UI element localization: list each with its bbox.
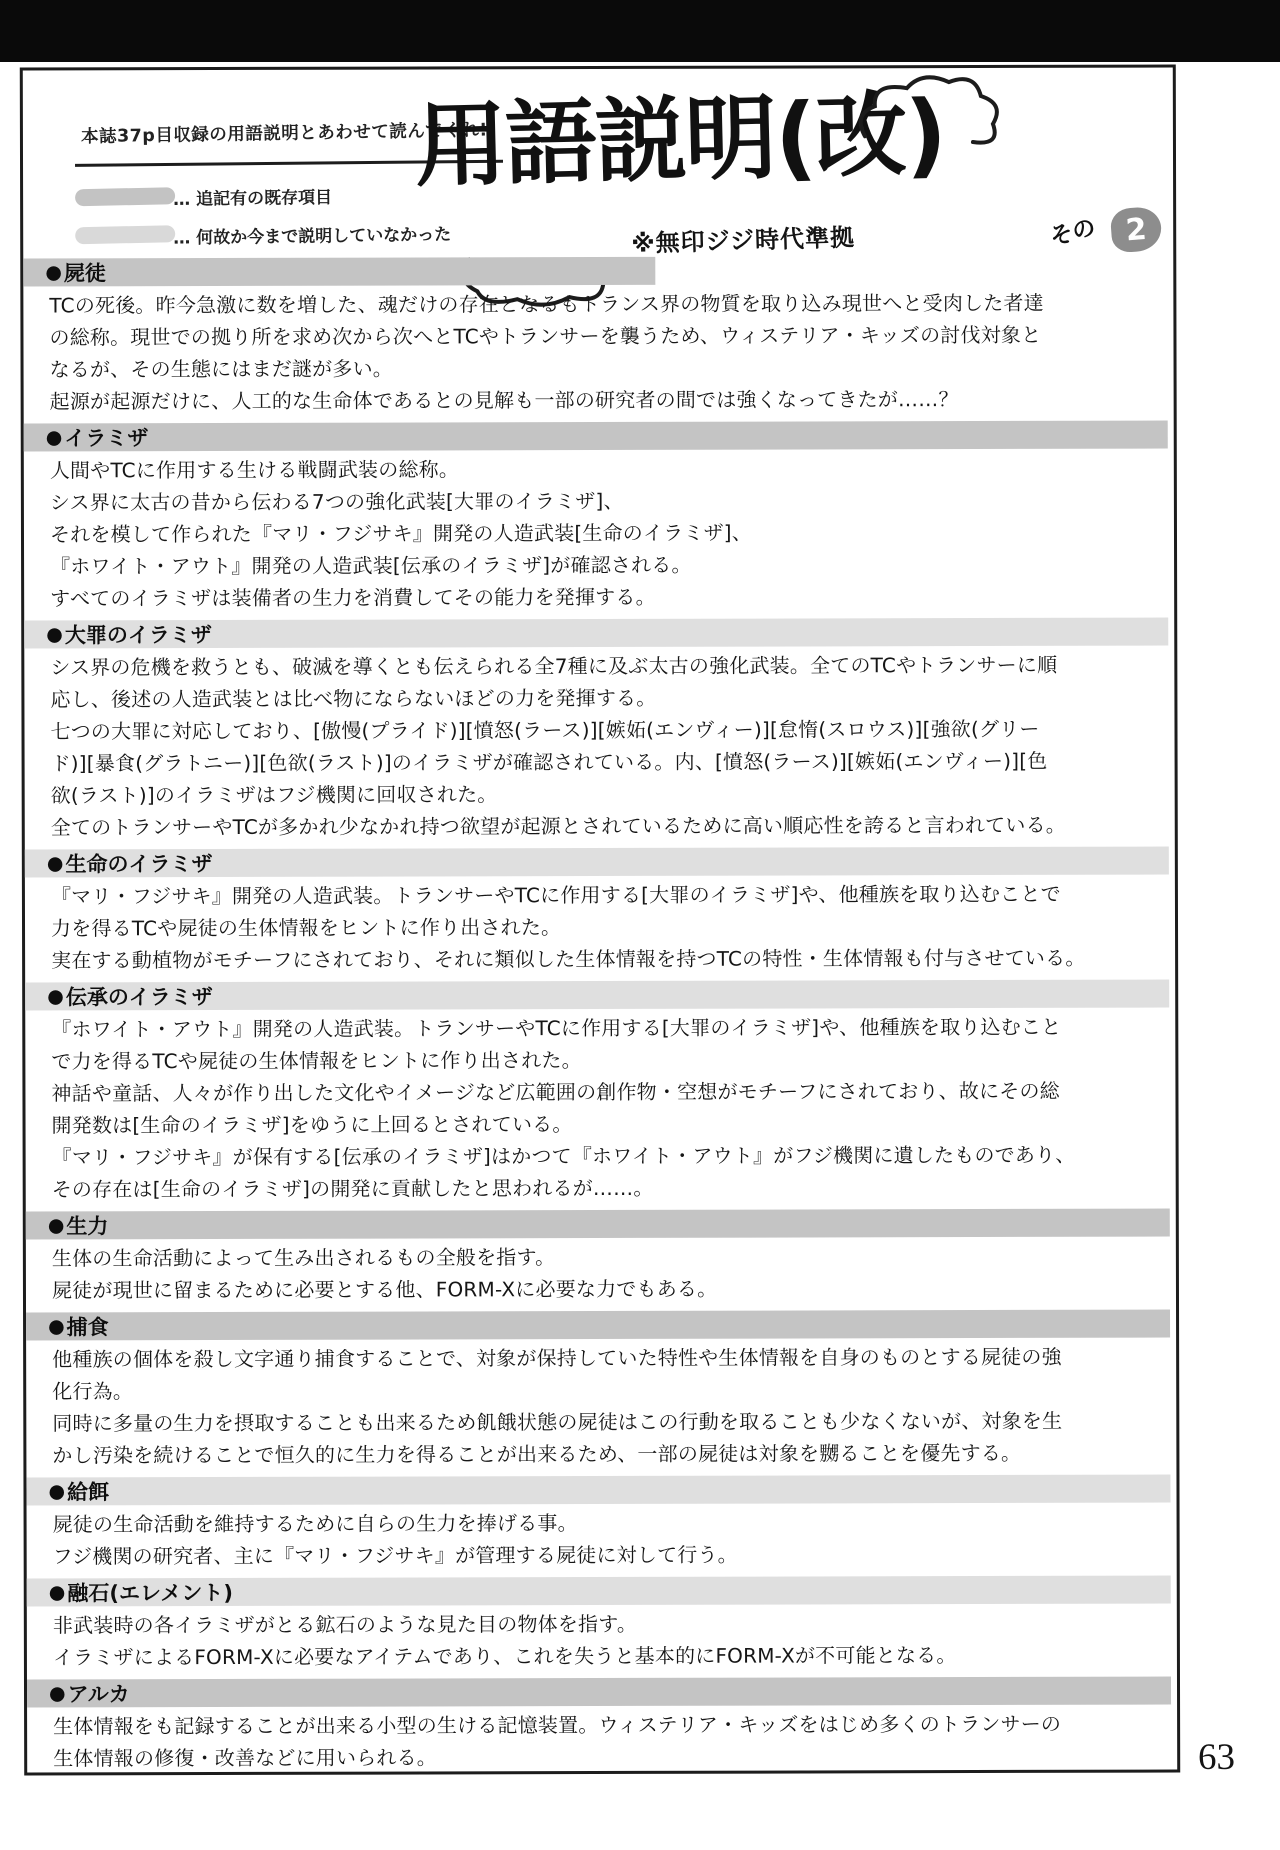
section-bullet-icon: ● <box>48 1480 65 1502</box>
section-body: 他種族の個体を殺し文字通り捕食することで、対象が保持していた特性や生体情報を自身… <box>26 1338 1170 1476</box>
section-term: 給餌 <box>67 1476 109 1506</box>
glossary-section: ●生力生体の生命活動によって生み出されるもの全般を指す。屍徒が現世に留まるために… <box>26 1209 1170 1311</box>
section-bullet-icon: ● <box>47 852 64 874</box>
section-term: イラミザ <box>64 422 148 452</box>
section-bullet-icon: ● <box>49 1682 66 1704</box>
body-line: フジ機関の研究者、主に『マリ・フジサキ』が管理する屍徒に対して行う。 <box>53 1538 1159 1573</box>
section-body: 生体情報をも記録することが出来る小型の生ける記憶装置。ウィステリア・キッズをはじ… <box>27 1705 1171 1779</box>
body-line: 起源が起源だけに、人工的な生命体であるとの見解も一部の研究者の間では強くなってき… <box>50 383 1156 418</box>
section-term: アルカ <box>68 1678 130 1708</box>
body-line: すべてのイラミザは装備者の生力を消費してその能力を発揮する。 <box>50 580 1156 615</box>
body-line: シス界の危機を救うとも、破滅を導くとも伝えられる全7種に及ぶ太古の強化武装。全て… <box>50 649 1156 684</box>
section-body: TCの死後。昨今急激に数を増した、魂だけの存在となるもトランス界の物質を取り込み… <box>23 284 1167 422</box>
body-line: 生体の生命活動によって生み出されるもの全般を指す。 <box>52 1240 1158 1275</box>
body-line: 生体情報の修復・改善などに用いられる。 <box>53 1740 1159 1775</box>
title-suffix: その <box>1046 209 1099 252</box>
body-line: 屍徒の生命活動を維持するために自らの生力を捧げる事。 <box>53 1506 1159 1541</box>
body-line: それを模して作られた『マリ・フジサキ』開発の人造武装[生命のイラミザ]、 <box>50 516 1156 551</box>
section-term: 生命のイラミザ <box>65 848 212 878</box>
glossary-section: ●給餌屍徒の生命活動を維持するために自らの生力を捧げる事。フジ機関の研究者、主に… <box>26 1475 1170 1577</box>
section-header-bar: ●伝承のイラミザ <box>25 980 1169 1011</box>
body-line: 全てのトランサーやTCが多かれ少なかれ持つ欲望が起源とされているために高い順応性… <box>51 809 1157 844</box>
body-line: 化行為。 <box>52 1373 1158 1408</box>
glossary-section: ●大罪のイラミザシス界の危機を救うとも、破滅を導くとも伝えられる全7種に及ぶ太古… <box>24 618 1169 848</box>
section-body: 人間やTCに作用する生ける戦闘武装の総称。シス界に太古の昔から伝わる7つの強化武… <box>24 449 1168 619</box>
body-line: かし汚染を続けることで恒久的に生力を得ることが出来るため、一部の屍徒は対象を嬲る… <box>52 1437 1158 1472</box>
page-sheet: 本誌37p目収録の用語説明とあわせて読んでくれ!! … 追記有の既存項目 … 何… <box>20 64 1180 1775</box>
legend-label-new: … 何故か今まで説明していなかった <box>173 220 451 249</box>
glossary-section: ●屍徒TCの死後。昨今急激に数を増した、魂だけの存在となるもトランス界の物質を取… <box>23 256 1167 422</box>
section-header-bar: ●大罪のイラミザ <box>24 618 1168 649</box>
body-line: 『マリ・フジサキ』が保有する[伝承のイラミザ]はかつて『ホワイト・アウト』がフジ… <box>52 1139 1158 1174</box>
body-line: 屍徒が現世に留まるために必要とする他、FORM-Xに必要な力でもある。 <box>52 1272 1158 1307</box>
body-line: 神話や童話、人々が作り出した文化やイメージなど広範囲の創作物・空想がモチーフにさ… <box>51 1075 1157 1110</box>
section-term: 捕食 <box>67 1311 109 1341</box>
body-line: なるが、その生態にはまだ謎が多い。 <box>50 351 1156 386</box>
body-line: シス界に太古の昔から伝わる7つの強化武装[大罪のイラミザ]、 <box>50 484 1156 519</box>
section-body: 『マリ・フジサキ』開発の人造武装。トランサーやTCに作用する[大罪のイラミザ]や… <box>25 875 1169 981</box>
body-line: 七つの大罪に対応しており、[傲慢(プライド)][憤怒(ラース)][嫉妬(エンヴィ… <box>50 713 1156 748</box>
section-bullet-icon: ● <box>48 1214 65 1236</box>
section-body: 非武装時の各イラミザがとる鉱石のような見た目の物体を指す。イラミザによるFORM… <box>27 1604 1171 1678</box>
glossary-section: ●融石(エレメント)非武装時の各イラミザがとる鉱石のような見た目の物体を指す。イ… <box>27 1576 1171 1678</box>
scan-black-band <box>0 0 1280 62</box>
section-header-bar: ●アルカ <box>27 1677 1171 1708</box>
legend-swatch-dark <box>75 187 175 206</box>
legend-label-existing: … 追記有の既存項目 <box>173 183 332 210</box>
section-header-bar: ●イラミザ <box>24 421 1168 452</box>
body-line: 開発数は[生命のイラミザ]をゆうに上回るとされている。 <box>51 1107 1157 1142</box>
title-subtitle: ※無印ジジ時代準拠 <box>631 217 856 258</box>
page-number: 63 <box>1198 1736 1235 1779</box>
glossary-section: ●アルカ生体情報をも記録することが出来る小型の生ける記憶装置。ウィステリア・キッ… <box>27 1677 1171 1779</box>
scanned-page: { "page": { "bullet": "●", "note": "本誌37… <box>0 0 1280 1850</box>
glossary: ●屍徒TCの死後。昨今急激に数を増した、魂だけの存在となるもトランス界の物質を取… <box>23 254 1171 1779</box>
body-line: 他種族の個体を殺し文字通り捕食することで、対象が保持していた特性や生体情報を自身… <box>52 1341 1158 1376</box>
body-line: 『ホワイト・アウト』開発の人造武装。トランサーやTCに作用する[大罪のイラミザ]… <box>51 1011 1157 1046</box>
body-line: の総称。現世での拠り所を求め次から次へとTCやトランサーを襲うため、ウィステリア… <box>49 319 1155 354</box>
legend-swatch-light <box>75 225 175 244</box>
section-body: 屍徒の生命活動を維持するために自らの生力を捧げる事。フジ機関の研究者、主に『マリ… <box>27 1503 1171 1577</box>
section-header-bar: ●給餌 <box>26 1475 1170 1506</box>
section-header-bar: ●捕食 <box>26 1310 1170 1341</box>
section-header-bar: ●生力 <box>26 1209 1170 1240</box>
glossary-section: ●伝承のイラミザ『ホワイト・アウト』開発の人造武装。トランサーやTCに作用する[… <box>25 980 1170 1210</box>
body-line: その存在は[生命のイラミザ]の開発に貢献したと思われるが……。 <box>52 1171 1158 1206</box>
body-line: 『マリ・フジサキ』開発の人造武装。トランサーやTCに作用する[大罪のイラミザ]や… <box>51 878 1157 913</box>
body-line: ド)][暴食(グラトニー)][色欲(ラスト)]のイラミザが確認されている。内、[… <box>51 745 1157 780</box>
section-body: 『ホワイト・アウト』開発の人造武装。トランサーやTCに作用する[大罪のイラミザ]… <box>25 1008 1170 1210</box>
body-line: 応し、後述の人造武装とは比べ物にならないほどの力を発揮する。 <box>50 681 1156 716</box>
section-term: 伝承のイラミザ <box>66 981 213 1011</box>
body-line: 実在する動植物がモチーフにされており、それに類似した生体情報を持つTCの特性・生… <box>51 942 1157 977</box>
section-term: 生力 <box>66 1210 108 1240</box>
body-line: 生体情報をも記録することが出来る小型の生ける記憶装置。ウィステリア・キッズをはじ… <box>53 1708 1159 1743</box>
section-bullet-icon: ● <box>48 1315 65 1337</box>
section-bullet-icon: ● <box>46 623 63 645</box>
body-line: 同時に多量の生力を摂取することも出来るため飢餓状態の屍徒はこの行動を取ることも少… <box>52 1405 1158 1440</box>
body-line: 欲(ラスト)]のイラミザはフジ機関に回収された。 <box>51 777 1157 812</box>
glossary-section: ●生命のイラミザ『マリ・フジサキ』開発の人造武装。トランサーやTCに作用する[大… <box>25 847 1169 981</box>
body-line: で力を得るTCや屍徒の生体情報をヒントに作り出された。 <box>51 1043 1157 1078</box>
section-term: 融石(エレメント) <box>67 1577 233 1607</box>
body-line: 『ホワイト・アウト』開発の人造武装[伝承のイラミザ]が確認される。 <box>50 548 1156 583</box>
section-body: シス界の危機を救うとも、破滅を導くとも伝えられる全7種に及ぶ太古の強化武装。全て… <box>24 646 1169 848</box>
section-bullet-icon: ● <box>47 985 64 1007</box>
body-line: 非武装時の各イラミザがとる鉱石のような見た目の物体を指す。 <box>53 1607 1159 1642</box>
glossary-section: ●イラミザ人間やTCに作用する生ける戦闘武装の総称。シス界に太古の昔から伝わる7… <box>24 421 1169 619</box>
title-number-badge: 2 <box>1110 206 1163 254</box>
body-line: イラミザによるFORM-Xに必要なアイテムであり、これを失うと基本的にFORM-… <box>53 1639 1159 1674</box>
section-bullet-icon: ● <box>45 261 62 283</box>
section-header-bar: ●屍徒 <box>23 257 655 287</box>
body-line: 人間やTCに作用する生ける戦闘武装の総称。 <box>50 452 1156 487</box>
section-body: 生体の生命活動によって生み出されるもの全般を指す。屍徒が現世に留まるために必要と… <box>26 1237 1170 1311</box>
cloud-doodle-icon <box>851 70 1011 162</box>
section-header-bar: ●融石(エレメント) <box>27 1576 1171 1607</box>
section-term: 大罪のイラミザ <box>65 619 212 649</box>
section-header-bar: ●生命のイラミザ <box>25 847 1169 878</box>
body-line: 力を得るTCや屍徒の生体情報をヒントに作り出された。 <box>51 910 1157 945</box>
section-term: 屍徒 <box>64 257 106 287</box>
glossary-section: ●捕食他種族の個体を殺し文字通り捕食することで、対象が保持していた特性や生体情報… <box>26 1310 1170 1476</box>
section-bullet-icon: ● <box>46 426 63 448</box>
body-line: TCの死後。昨今急激に数を増した、魂だけの存在となるもトランス界の物質を取り込み… <box>49 287 1155 322</box>
section-bullet-icon: ● <box>49 1581 66 1603</box>
